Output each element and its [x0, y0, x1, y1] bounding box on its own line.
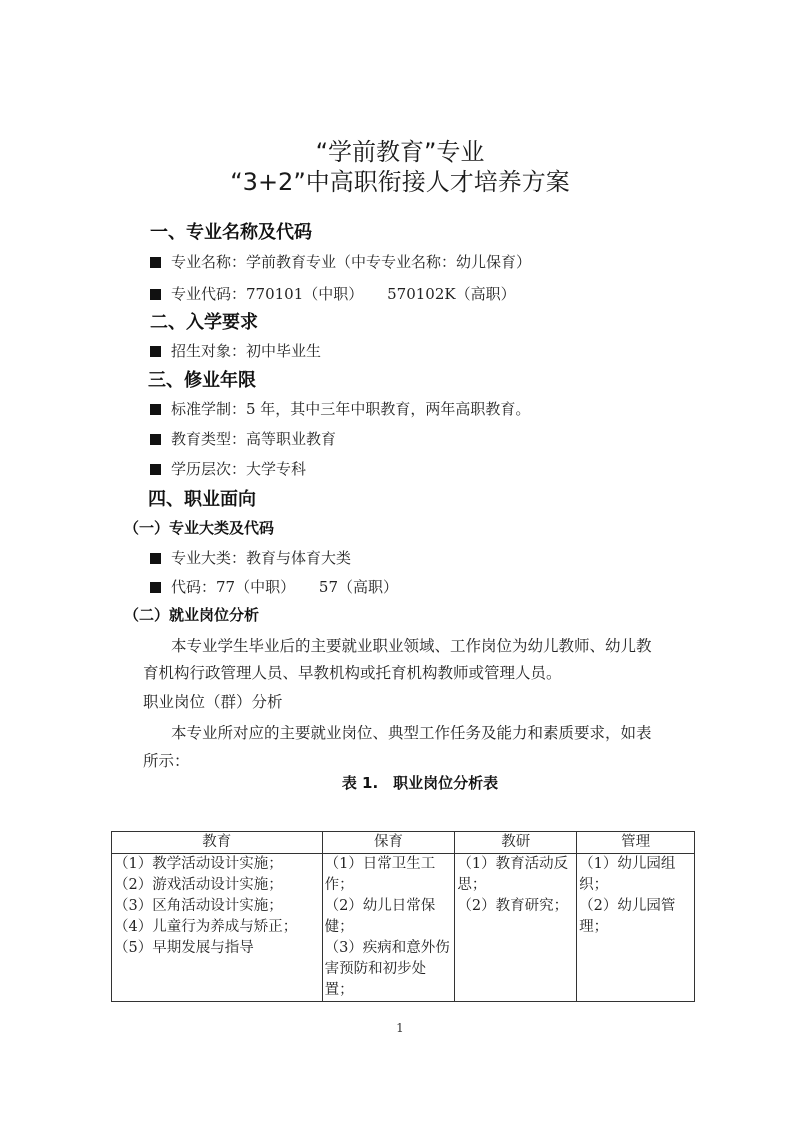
group-analysis-label: 职业岗位（群）分析	[143, 690, 283, 712]
table-row: （1）教学活动设计实施； （2）游戏活动设计实施； （3）区角活动设计实施； （…	[112, 854, 695, 1002]
bullet-square-icon	[150, 346, 161, 357]
bullet-square-icon	[150, 257, 161, 268]
list-item: 代码：77（中职） 57（高职）	[150, 576, 398, 597]
bullet-square-icon	[150, 464, 161, 475]
section-heading-admission: 二、入学要求	[150, 308, 258, 334]
bullet-square-icon	[150, 553, 161, 564]
bullet-square-icon	[150, 434, 161, 445]
page-number: 1	[0, 1021, 800, 1035]
list-item: 招生对象：初中毕业生	[150, 340, 321, 361]
column-header-management: 管理	[577, 832, 695, 854]
list-item: 学历层次：大学专科	[150, 458, 306, 479]
table-cell-research: （1）教育活动反思； （2）教育研究；	[455, 854, 577, 1002]
column-header-care: 保育	[322, 832, 455, 854]
section-heading-major-name: 一、专业名称及代码	[150, 218, 312, 244]
doc-title-line2: “3+2”中高职衔接人才培养方案	[0, 162, 800, 197]
column-header-education: 教育	[112, 832, 323, 854]
list-item: 专业代码：770101（中职） 570102K（高职）	[150, 283, 516, 304]
table-header-row: 教育 保育 教研 管理	[112, 832, 695, 854]
table-cell-education: （1）教学活动设计实施； （2）游戏活动设计实施； （3）区角活动设计实施； （…	[112, 854, 323, 1002]
bullet-square-icon	[150, 404, 161, 415]
column-header-research: 教研	[455, 832, 577, 854]
subsection-heading-job-analysis: （二）就业岗位分析	[124, 604, 259, 625]
list-item: 专业名称：学前教育专业（中专专业名称：幼儿保育）	[150, 251, 531, 272]
list-item: 教育类型：高等职业教育	[150, 428, 336, 449]
paragraph-line: 本专业学生毕业后的主要就业职业领域、工作岗位为幼儿教师、幼儿教	[171, 634, 652, 656]
section-heading-duration: 三、修业年限	[148, 366, 256, 392]
job-analysis-table: 教育 保育 教研 管理 （1）教学活动设计实施； （2）游戏活动设计实施； （3…	[111, 831, 695, 1002]
table-caption: 表 1. 职业岗位分析表	[0, 772, 800, 793]
paragraph-line: 育机构行政管理人员、早教机构或托育机构教师或管理人员。	[143, 661, 562, 683]
bullet-square-icon	[150, 582, 161, 593]
paragraph-line: 所示：	[143, 749, 190, 771]
list-item: 专业大类：教育与体育大类	[150, 547, 351, 568]
table-cell-management: （1）幼儿园组织； （2）幼儿园管理；	[577, 854, 695, 1002]
bullet-square-icon	[150, 289, 161, 300]
paragraph-line: 本专业所对应的主要就业岗位、典型工作任务及能力和素质要求，如表	[171, 721, 652, 743]
section-heading-career: 四、职业面向	[148, 485, 256, 511]
subsection-heading-category: （一）专业大类及代码	[124, 517, 274, 538]
table-cell-care: （1）日常卫生工作； （2）幼儿日常保健； （3）疾病和意外伤害预防和初步处置；	[322, 854, 455, 1002]
list-item: 标准学制：5 年，其中三年中职教育，两年高职教育。	[150, 398, 530, 419]
